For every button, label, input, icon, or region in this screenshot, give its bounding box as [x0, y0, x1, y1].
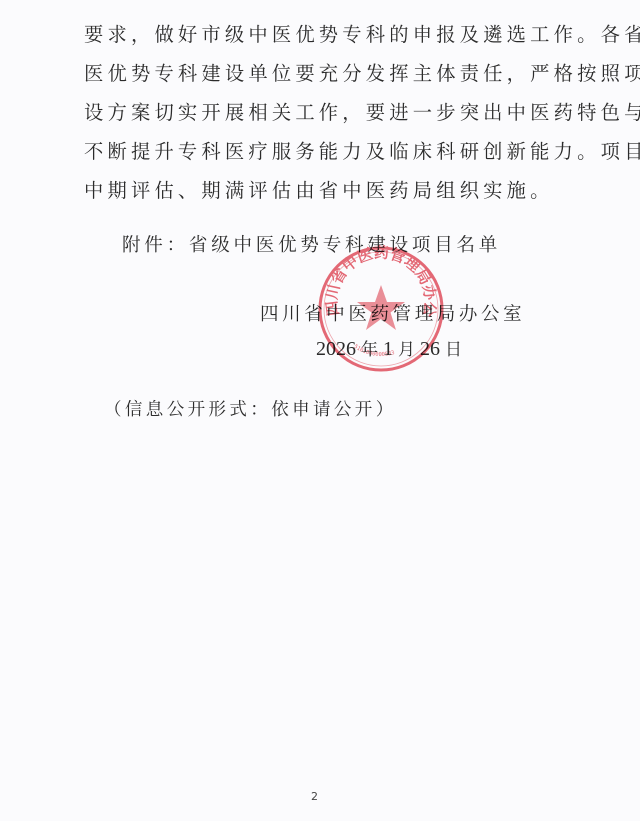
body-text-line: 不断提升专科医疗服务能力及临床科研创新能力。项目建设: [84, 140, 640, 164]
date-day-char: 日: [445, 340, 462, 360]
document-page: 要求，做好市级中医优势专科的申报及遴选工作。各省级中 医优势专科建设单位要充分发…: [0, 0, 640, 821]
disclosure-note: （信息公开形式：依申请公开）: [104, 396, 397, 421]
body-text-line: 医优势专科建设单位要充分发挥主体责任，严格按照项目建: [84, 62, 640, 86]
page-number: 2: [311, 790, 318, 803]
official-seal-icon: 四川省中医药管理局办公室 5101000000533: [317, 245, 445, 373]
body-text-line: 中期评估、期满评估由省中医药局组织实施。: [84, 179, 554, 203]
body-text-line: 要求，做好市级中医优势专科的申报及遴选工作。各省级中: [84, 23, 640, 47]
svg-text:5101000000533: 5101000000533: [353, 344, 396, 358]
seal-code: 5101000000533: [353, 344, 396, 358]
body-text-line: 设方案切实开展相关工作，要进一步突出中医药特色与优势，: [84, 101, 640, 125]
